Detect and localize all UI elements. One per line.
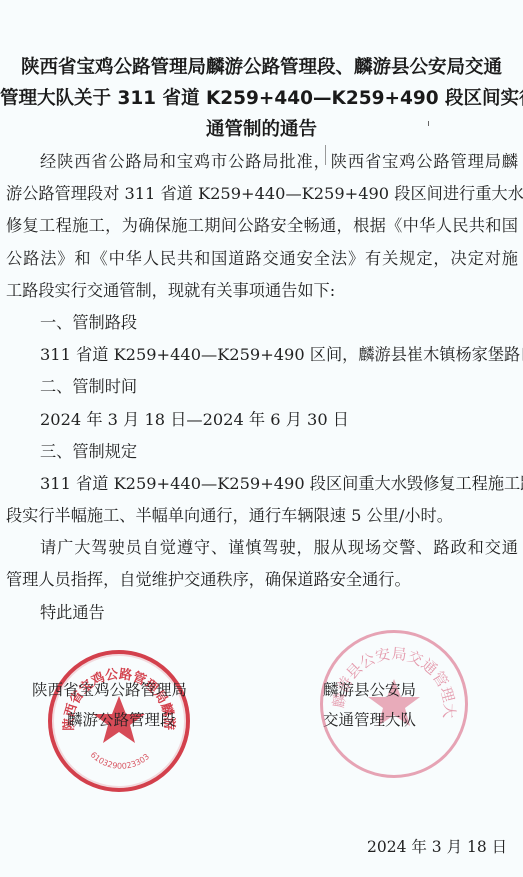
section-heading-3: 三、管制规定	[6, 436, 518, 468]
signature-left-line2: 麟游公路管理段	[67, 705, 176, 735]
section-content-1: 311 省道 K259+440—K259+490 区间，麟游县崔木镇杨家堡路口	[6, 339, 518, 371]
body-line: 游公路管理段对 311 省道 K259+440—K259+490 段区间进行重大…	[6, 178, 518, 210]
title-line-3: 通管制的通告	[0, 114, 523, 145]
signature-right-line1: 麟游县公安局	[323, 675, 416, 705]
notice-body: 经陕西省公路局和宝鸡市公路局批准，陕西省宝鸡公路管理局麟 游公路管理段对 311…	[6, 146, 518, 629]
signature-left-line1: 陕西省宝鸡公路管理局	[32, 675, 187, 705]
body-line: 修复工程施工，为确保施工期间公路安全畅通，根据《中华人民共和国	[6, 210, 518, 242]
section-heading-1: 一、管制路段	[6, 307, 518, 339]
section-content-3: 311 省道 K259+440—K259+490 段区间重大水毁修复工程施工路	[6, 468, 518, 500]
notice-title: 陕西省宝鸡公路管理局麟游公路管理段、麟游县公安局交通 管理大队关于 311 省道…	[0, 52, 523, 145]
title-line-2: 管理大队关于 311 省道 K259+440—K259+490 段区间实行交	[0, 83, 523, 114]
body-line: 公路法》和《中华人民共和国道路交通安全法》有关规定，决定对施	[6, 243, 518, 275]
section-heading-2: 二、管制时间	[6, 371, 518, 403]
scan-speck	[428, 121, 429, 126]
body-line: 经陕西省公路局和宝鸡市公路局批准，陕西省宝鸡公路管理局麟	[6, 146, 518, 178]
body-line: 工路段实行交通管制，现就有关事项通告如下:	[6, 275, 518, 307]
section-content-3-cont: 段实行半幅施工、半幅单向通行，通行车辆限速 5 公里/小时。	[6, 500, 518, 532]
svg-text:6103290023303: 6103290023303	[89, 750, 151, 771]
section-content-2: 2024 年 3 月 18 日—2024 年 6 月 30 日	[6, 404, 518, 436]
closing-line: 特此通告	[6, 597, 518, 629]
appeal-line: 请广大驾驶员自觉遵守、谨慎驾驶，服从现场交警、路政和交通	[6, 532, 518, 564]
title-line-1: 陕西省宝鸡公路管理局麟游公路管理段、麟游县公安局交通	[0, 52, 523, 83]
scan-speck	[325, 145, 326, 165]
appeal-line-cont: 管理人员指挥，自觉维护交通秩序，确保道路安全通行。	[6, 564, 518, 596]
signature-right-line2: 交通管理大队	[323, 705, 416, 735]
issue-date: 2024 年 3 月 18 日	[367, 835, 507, 857]
